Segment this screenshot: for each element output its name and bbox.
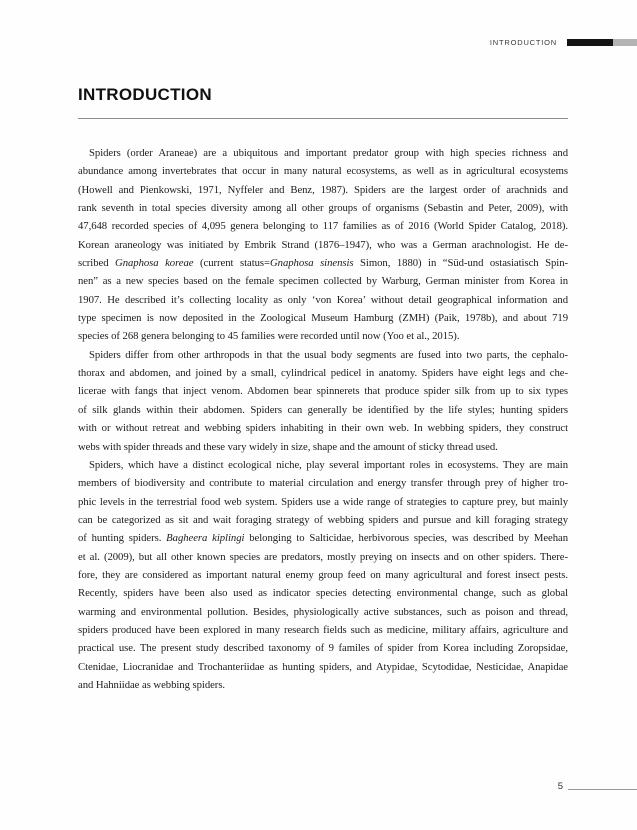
title-rule bbox=[78, 118, 568, 119]
text-line: thorax and abdomen, and joined by a smal… bbox=[78, 364, 568, 382]
text-line: Ctenidae, Liocranidae and Trochanteriida… bbox=[78, 658, 568, 676]
header-gray-bar bbox=[613, 39, 637, 46]
text-line: fore, they are considered as important n… bbox=[78, 566, 568, 584]
text-line: type specimen is now deposited in the Zo… bbox=[78, 309, 568, 327]
text-line: with or without retreat and webbing spid… bbox=[78, 419, 568, 437]
text-line: 47,648 recorded species of 4,095 genera … bbox=[78, 217, 568, 235]
text-line: abundance among invertebrates that occur… bbox=[78, 162, 568, 180]
text-line: (Howell and Pienkowski, 1971, Nyffeler a… bbox=[78, 181, 568, 199]
text-line: spiders produced have been explored in m… bbox=[78, 621, 568, 639]
text-line: phic levels in the terrestrial food web … bbox=[78, 493, 568, 511]
paragraph: Spiders, which have a distinct ecologica… bbox=[78, 456, 568, 694]
text-line: species of 268 genera belonging to 45 fa… bbox=[78, 327, 568, 345]
text-line: can be categorized as sit and wait forag… bbox=[78, 511, 568, 529]
text-line: and Hahniidae as webbing spiders. bbox=[78, 676, 568, 694]
page-title: INTRODUCTION bbox=[78, 85, 212, 105]
text-line: practical use. The present study describ… bbox=[78, 639, 568, 657]
text-line: Spiders differ from other arthropods in … bbox=[78, 346, 568, 364]
paragraph: Spiders (order Araneae) are a ubiquitous… bbox=[78, 144, 568, 346]
text-line: webs with spider threads and these vary … bbox=[78, 438, 568, 456]
text-line: Recently, spiders have been also used as… bbox=[78, 584, 568, 602]
paragraph: Spiders differ from other arthropods in … bbox=[78, 346, 568, 456]
footer-rule bbox=[568, 789, 637, 790]
text-line: 1907. He described it’s collecting local… bbox=[78, 291, 568, 309]
text-line: et al. (2009), but all other known speci… bbox=[78, 548, 568, 566]
running-header-label: INTRODUCTION bbox=[490, 38, 557, 47]
text-line: of hunting spiders. Bagheera kiplingi be… bbox=[78, 529, 568, 547]
header-black-bar bbox=[567, 39, 613, 46]
page-number: 5 bbox=[549, 781, 563, 792]
text-line: Korean araneology was initiated by Embri… bbox=[78, 236, 568, 254]
body-text: Spiders (order Araneae) are a ubiquitous… bbox=[78, 144, 568, 694]
document-page: INTRODUCTION INTRODUCTION Spiders (order… bbox=[0, 0, 637, 830]
text-line: nen” as a new species based on the femal… bbox=[78, 272, 568, 290]
text-line: rank seventh in total species diversity … bbox=[78, 199, 568, 217]
text-line: warming and environmental pollution. Bes… bbox=[78, 603, 568, 621]
text-line: members of biodiversity and contribute t… bbox=[78, 474, 568, 492]
text-line: Spiders (order Araneae) are a ubiquitous… bbox=[78, 144, 568, 162]
text-line: Spiders, which have a distinct ecologica… bbox=[78, 456, 568, 474]
text-line: of silk glands within their abdomen. Spi… bbox=[78, 401, 568, 419]
running-header: INTRODUCTION bbox=[0, 36, 637, 48]
text-line: licerae with fangs that inject venom. Ab… bbox=[78, 382, 568, 400]
text-line: scribed Gnaphosa koreae (current status=… bbox=[78, 254, 568, 272]
